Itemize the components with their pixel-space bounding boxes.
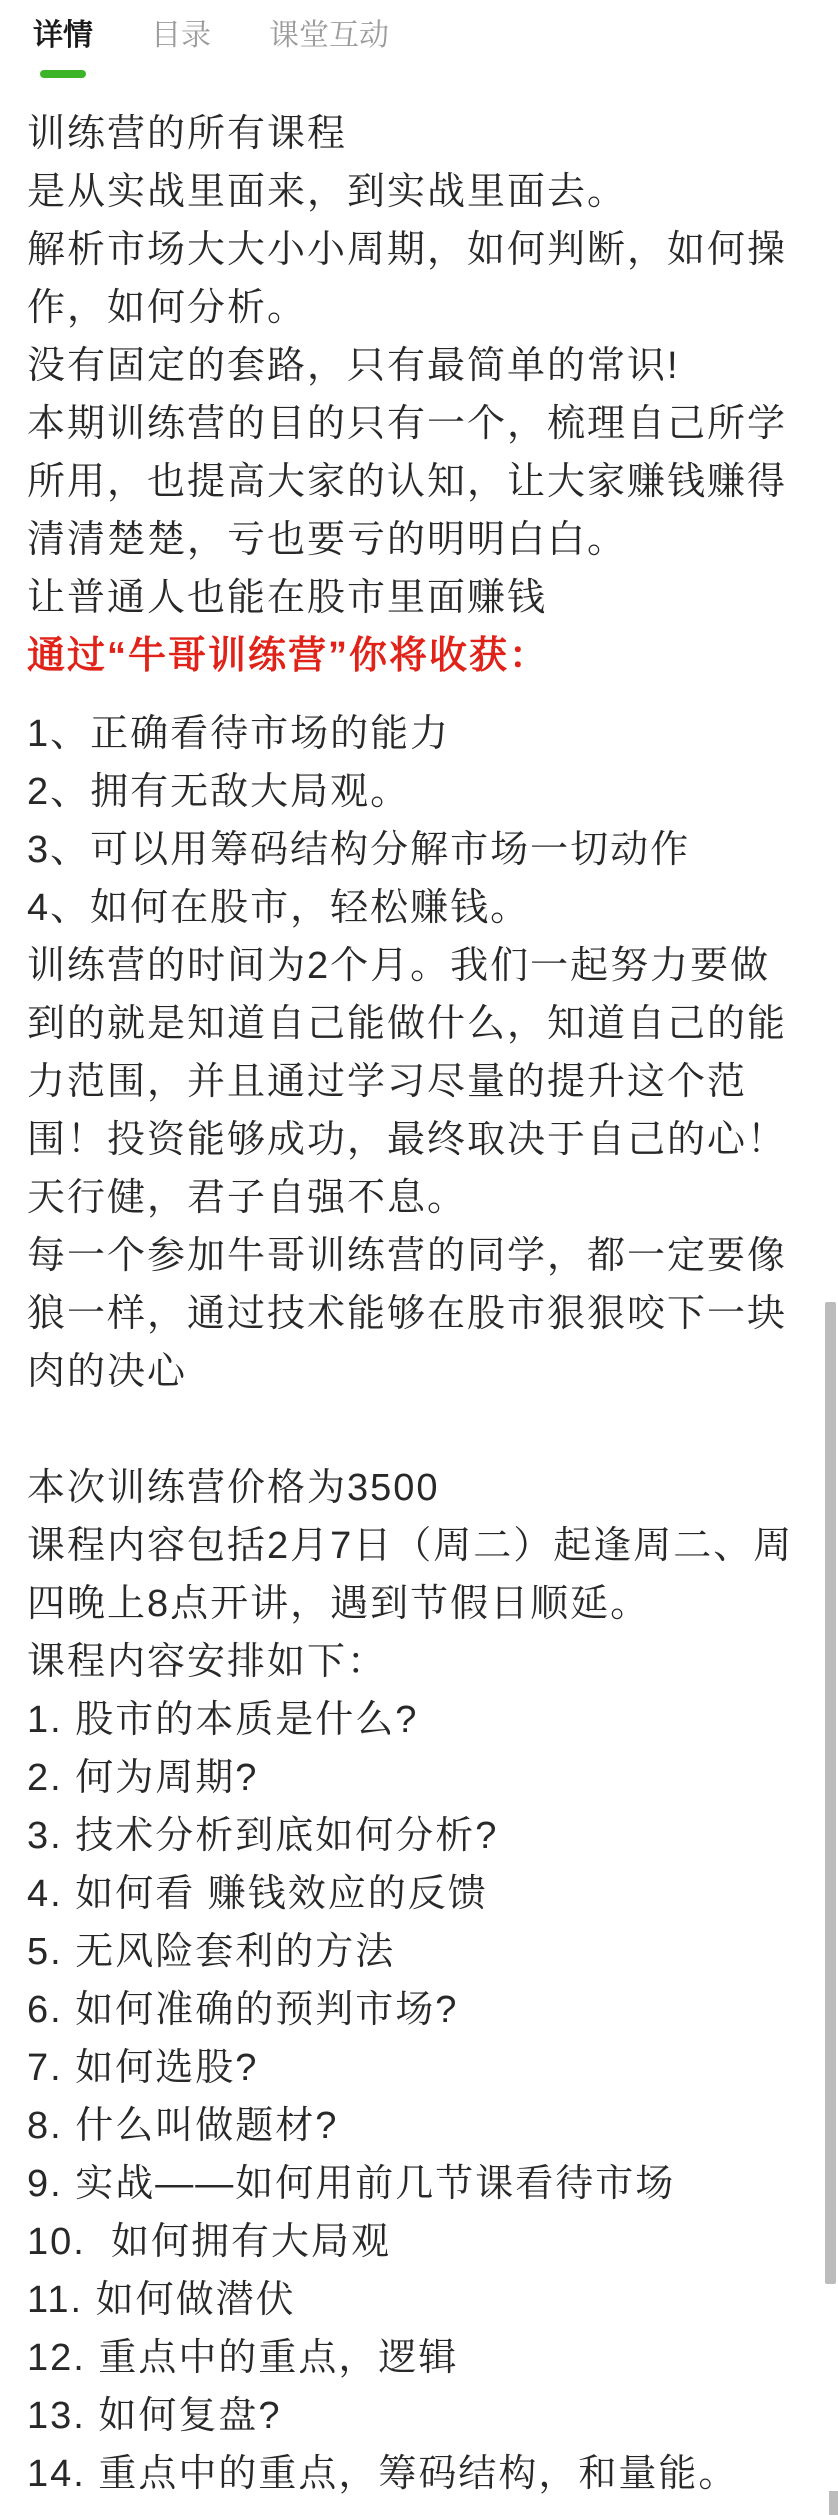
course-description: 训练营的所有课程是从实战里面来，到实战里面去。解析市场大大小小周期，如何判断，如… [27, 105, 817, 2503]
tab-label: 详情 [33, 19, 93, 52]
text-line: 1、正确看待市场的能力 [27, 705, 817, 763]
course-detail-page: 详情目录课堂互动 训练营的所有课程是从实战里面来，到实战里面去。解析市场大大小小… [0, 0, 838, 2515]
text-line: 训练营的所有课程 [27, 105, 817, 163]
text-line: 本期训练营的目的只有一个，梳理自己所学 [27, 395, 817, 453]
scrollbar-thumb-bottom[interactable] [829, 2491, 838, 2515]
text-line: 肉的决心 [27, 1343, 817, 1401]
text-line: 1. 股市的本质是什么? [27, 1691, 817, 1749]
text-line: 6. 如何准确的预判市场? [27, 1981, 817, 2039]
text-line: 让普通人也能在股市里面赚钱 [27, 569, 817, 627]
text-line: 四晚上8点开讲，遇到节假日顺延。 [27, 1575, 817, 1633]
text-line: 每一个参加牛哥训练营的同学，都一定要像 [27, 1227, 817, 1285]
blank-line [27, 1401, 817, 1459]
text-line: 14. 重点中的重点，筹码结构，和量能。 [27, 2445, 817, 2503]
text-line: 课程内容包括2月7日（周二）起逢周二、周 [27, 1517, 817, 1575]
text-line: 3、可以用筹码结构分解市场一切动作 [27, 821, 817, 879]
scrollbar-thumb[interactable] [825, 1302, 836, 2284]
tab-classroom-interaction[interactable]: 课堂互动 [269, 18, 389, 54]
text-line: 没有固定的套路，只有最简单的常识! [27, 337, 817, 395]
text-line: 解析市场大大小小周期，如何判断，如何操 [27, 221, 817, 279]
text-line: 5. 无风险套利的方法 [27, 1923, 817, 1981]
text-line: 3. 技术分析到底如何分析? [27, 1807, 817, 1865]
text-line: 力范围，并且通过学习尽量的提升这个范 [27, 1053, 817, 1111]
text-line: 12. 重点中的重点，逻辑 [27, 2329, 817, 2387]
tab-details[interactable]: 详情 [33, 18, 93, 54]
highlight-heading: 通过“牛哥训练营”你将收获： [27, 627, 817, 685]
text-line: 本次训练营价格为3500 [27, 1459, 817, 1517]
text-line: 课程内容安排如下： [27, 1633, 817, 1691]
text-line: 所用，也提高大家的认知，让大家赚钱赚得 [27, 453, 817, 511]
text-line: 清清楚楚，亏也要亏的明明白白。 [27, 511, 817, 569]
text-line: 4、如何在股市，轻松赚钱。 [27, 879, 817, 937]
tab-bar: 详情目录课堂互动 [0, 0, 838, 100]
text-line: 10. 如何拥有大局观 [27, 2213, 817, 2271]
text-line: 4. 如何看 赚钱效应的反馈 [27, 1865, 817, 1923]
text-line: 训练营的时间为2个月。我们一起努力要做 [27, 937, 817, 995]
text-line: 9. 实战——如何用前几节课看待市场 [27, 2155, 817, 2213]
text-line: 是从实战里面来，到实战里面去。 [27, 163, 817, 221]
text-line: 7. 如何选股? [27, 2039, 817, 2097]
text-line: 到的就是知道自己能做什么，知道自己的能 [27, 995, 817, 1053]
text-line: 13. 如何复盘? [27, 2387, 817, 2445]
text-line: 狼一样，通过技术能够在股市狠狠咬下一块 [27, 1285, 817, 1343]
text-line: 作，如何分析。 [27, 279, 817, 337]
text-line: 天行健，君子自强不息。 [27, 1169, 817, 1227]
text-line: 8. 什么叫做题材? [27, 2097, 817, 2155]
text-line: 11. 如何做潜伏 [27, 2271, 817, 2329]
tab-label: 课堂互动 [269, 19, 389, 52]
active-tab-indicator [40, 70, 86, 78]
text-line: 2、拥有无敌大局观。 [27, 763, 817, 821]
tab-label: 目录 [151, 19, 211, 52]
tab-catalog[interactable]: 目录 [151, 18, 211, 54]
text-line: 2. 何为周期? [27, 1749, 817, 1807]
text-line: 围！投资能够成功，最终取决于自己的心！ [27, 1111, 817, 1169]
